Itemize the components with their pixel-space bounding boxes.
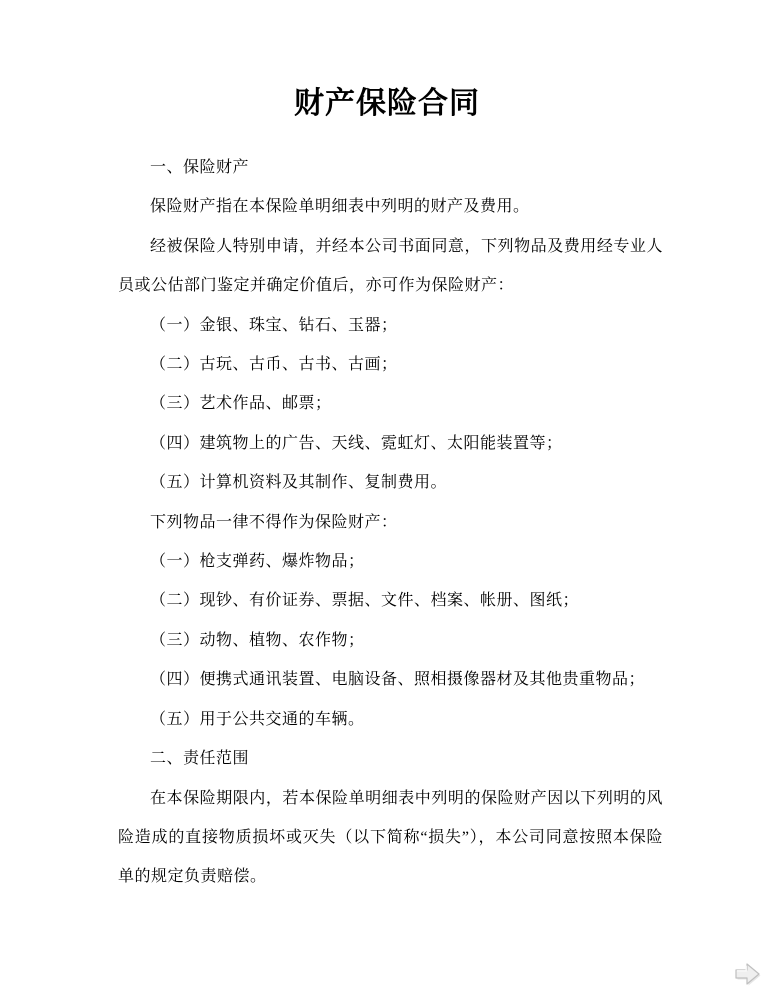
paragraph: 下列物品一律不得作为保险财产： [118,503,663,542]
section-heading-insured-property: 一、保险财产 [118,148,663,187]
list-item: （一）枪支弹药、爆炸物品； [118,542,663,581]
list-item: （四）建筑物上的广告、天线、霓虹灯、太阳能装置等； [118,424,663,463]
document-page: 财产保险合同 一、保险财产 保险财产指在本保险单明细表中列明的财产及费用。 经被… [0,0,774,1001]
paragraph: 在本保险期限内，若本保险单明细表中列明的保险财产因以下列明的风险造成的直接物质损… [118,779,663,897]
paragraph: 保险财产指在本保险单明细表中列明的财产及费用。 [118,187,663,226]
paragraph: 经被保险人特别申请，并经本公司书面同意，下列物品及费用经专业人员或公估部门鉴定并… [118,227,663,306]
list-item: （五）计算机资料及其制作、复制费用。 [118,463,663,502]
list-item: （三）动物、植物、农作物； [118,621,663,660]
list-item: （四）便携式通讯装置、电脑设备、照相摄像器材及其他贵重物品； [118,660,663,699]
list-item: （二）现钞、有价证券、票据、文件、档案、帐册、图纸； [118,581,663,620]
list-item: （二）古玩、古币、古书、古画； [118,345,663,384]
list-item: （五）用于公共交通的车辆。 [118,700,663,739]
document-title: 财产保险合同 [0,0,774,124]
list-item: （三）艺术作品、邮票； [118,384,663,423]
section-heading-scope-of-liability: 二、责任范围 [118,739,663,778]
list-item: （一）金银、珠宝、钻石、玉器； [118,306,663,345]
document-body: 一、保险财产 保险财产指在本保险单明细表中列明的财产及费用。 经被保险人特别申请… [118,148,663,897]
next-page-arrow-icon[interactable] [732,959,764,991]
right-arrow-glyph [732,959,764,991]
